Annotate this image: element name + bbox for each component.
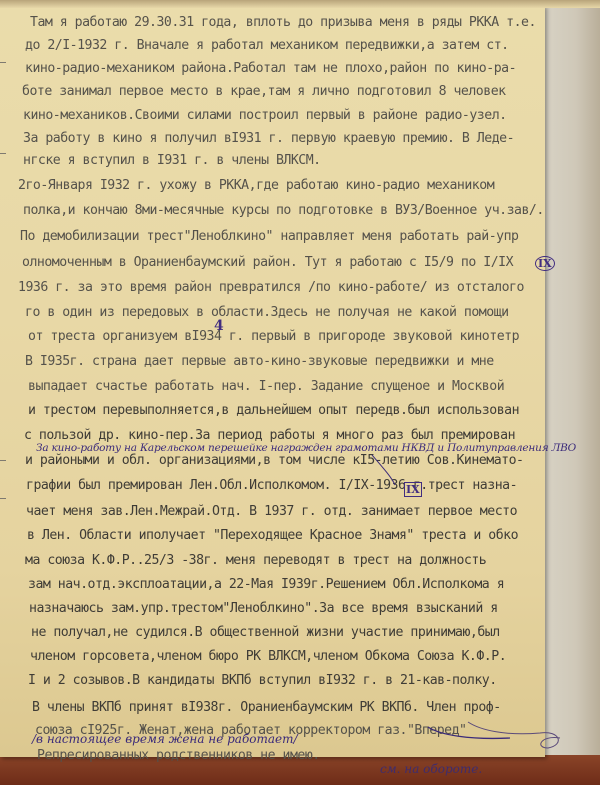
handwriting-strokes xyxy=(0,0,600,785)
